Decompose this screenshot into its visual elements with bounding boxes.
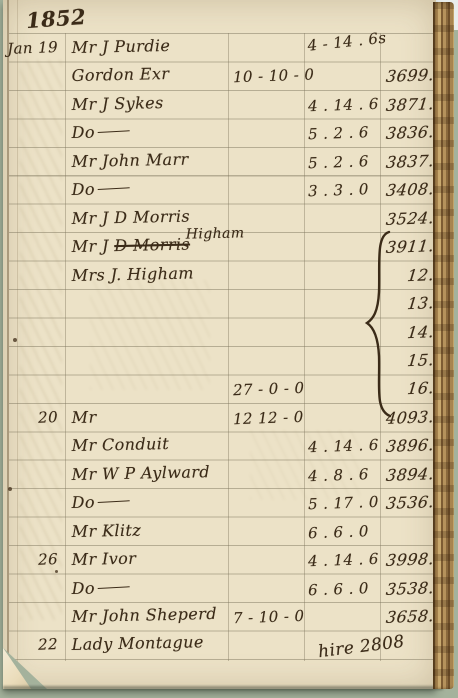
name-cell: Do [71,116,230,147]
name-cell: Mr J Sykes [71,88,230,119]
name-cell: Do [71,486,230,517]
date-cell: Jan 19 [4,33,59,63]
name-struck-part: D Morris [114,235,190,256]
name-cell: Mr Ivor [71,543,230,574]
name-inserted-correction: Higham [186,226,245,243]
name-cell: Mr Klitz [71,514,230,545]
amount-inner-cell: 10 - 10 - 0 [233,61,304,91]
amount-outer-cell: 6 . 6 . 0 [308,516,381,546]
year-heading: 1852 [25,4,87,33]
name-cell: Lady Montague [71,628,230,659]
ledger-row: Mr W P Aylward4 . 8 . 63894. [0,461,458,489]
name-cell: Mr Conduit [71,429,230,460]
name-cell: Do [71,173,230,204]
amount-outer-cell: 4 . 14 . 6 [308,431,381,461]
amount-outer-cell: 6 . 6 . 0 [308,573,381,603]
amount-outer-cell: 4 . 8 . 6 [308,460,381,490]
name-cell: Mr J Purdie [71,31,230,62]
ledger-row: Mr Klitz6 . 6 . 0 [0,518,458,546]
book-fore-edge [433,2,454,689]
date-cell: 26 [4,545,59,575]
amount-inner-cell: 12 12 - 0 [233,403,304,433]
ledger-row: Do5 . 17 . 03536. [0,489,458,517]
amount-inner-cell: 7 - 10 - 0 [233,602,304,632]
ledger-page-photo: 1852 Jan 19Mr J Purdie4 - 14 . 6sGordon … [0,0,458,698]
name-kept-part: Mr J [71,236,114,256]
name-cell: Mr [71,401,230,432]
name-cell: Mr J D MorrisHigham [71,230,230,262]
date-cell: 22 [4,631,59,661]
name-cell: Mr John Marr [71,144,230,175]
date-cell: 20 [4,403,59,433]
amount-outer-cell: 5 . 2 . 6 [308,147,381,177]
ledger-row: Do3 . 3 . 03408. [0,176,458,204]
amount-outer-cell: 5 . 17 . 0 [308,488,381,518]
ledger-row: Mr Conduit4 . 14 . 63896. [0,432,458,460]
ledger-row: Do5 . 2 . 63836. [0,119,458,147]
ledger-row: 26Mr Ivor4 . 14 . 63998. [0,546,458,574]
amount-outer-cell: 4 . 14 . 6 [308,545,381,575]
name-cell: Do [71,571,230,602]
ledger-row: Do6 . 6 . 03538. [0,575,458,603]
amount-outer-cell: 3 . 3 . 0 [308,175,381,205]
grouping-brace [360,228,394,420]
name-cell: Mrs J. Higham [71,258,230,289]
amount-outer-cell: 5 . 2 . 6 [308,118,381,148]
amount-outer-cell: 4 - 14 . 6s [306,24,381,59]
amount-outer-cell: 4 . 14 . 6 [308,90,381,120]
ledger-row: Mr John Marr5 . 2 . 63837. [0,148,458,176]
name-cell: Mr W P Aylward [71,457,230,488]
name-cell: Mr John Sheperd [71,600,230,631]
name-cell: Gordon Exr [71,59,230,90]
ledger-row: Gordon Exr10 - 10 - 03699. [0,62,458,90]
amount-inner-cell: 27 - 0 - 0 [233,374,304,404]
page-bottom-shadow [3,686,443,690]
